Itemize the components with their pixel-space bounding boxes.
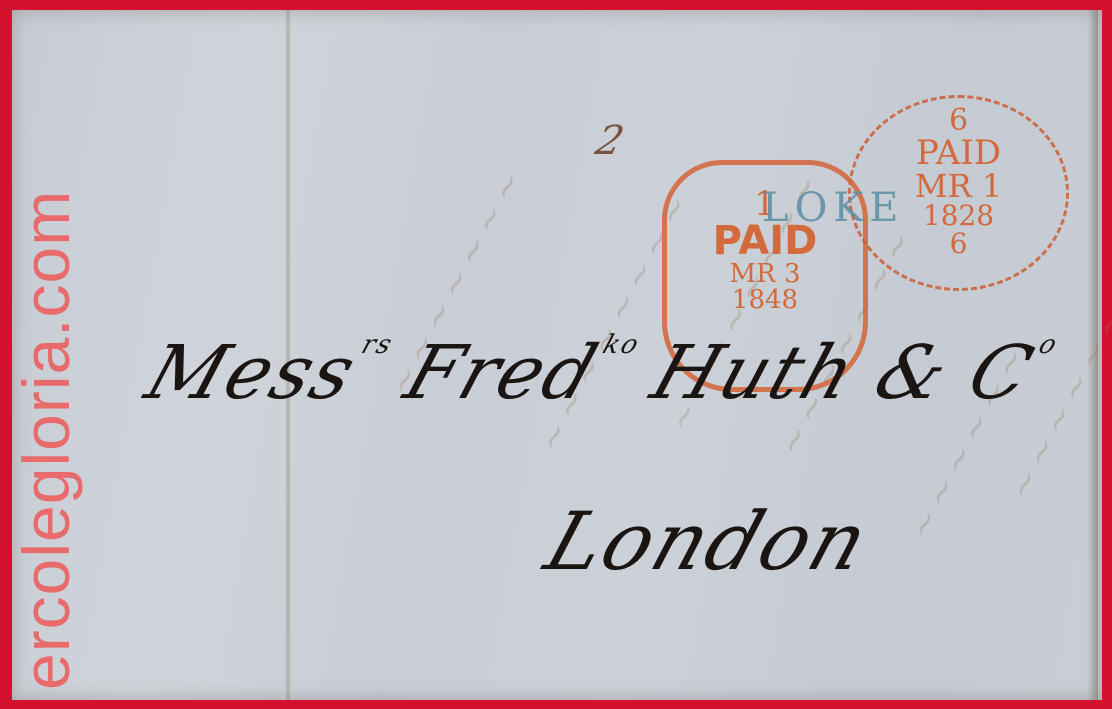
postmark-line: 6 (851, 106, 1066, 136)
postmark-line: 6 (851, 230, 1066, 258)
postmark-line: PAID (851, 136, 1066, 170)
address-word: Mess (136, 330, 367, 416)
postmark-line: 1848 (667, 287, 863, 313)
address-word: Fred (395, 330, 609, 416)
address-word: Huth & C (642, 330, 1045, 416)
watermark-text: ercolegloria.com (8, 190, 84, 690)
blue-town-postmark: LOKE (762, 188, 904, 228)
postmark-line: MR 3 (667, 261, 863, 287)
address-line-1: Messrs Fredko Huth & Co (136, 330, 1062, 416)
address-line-2: London (535, 495, 881, 588)
